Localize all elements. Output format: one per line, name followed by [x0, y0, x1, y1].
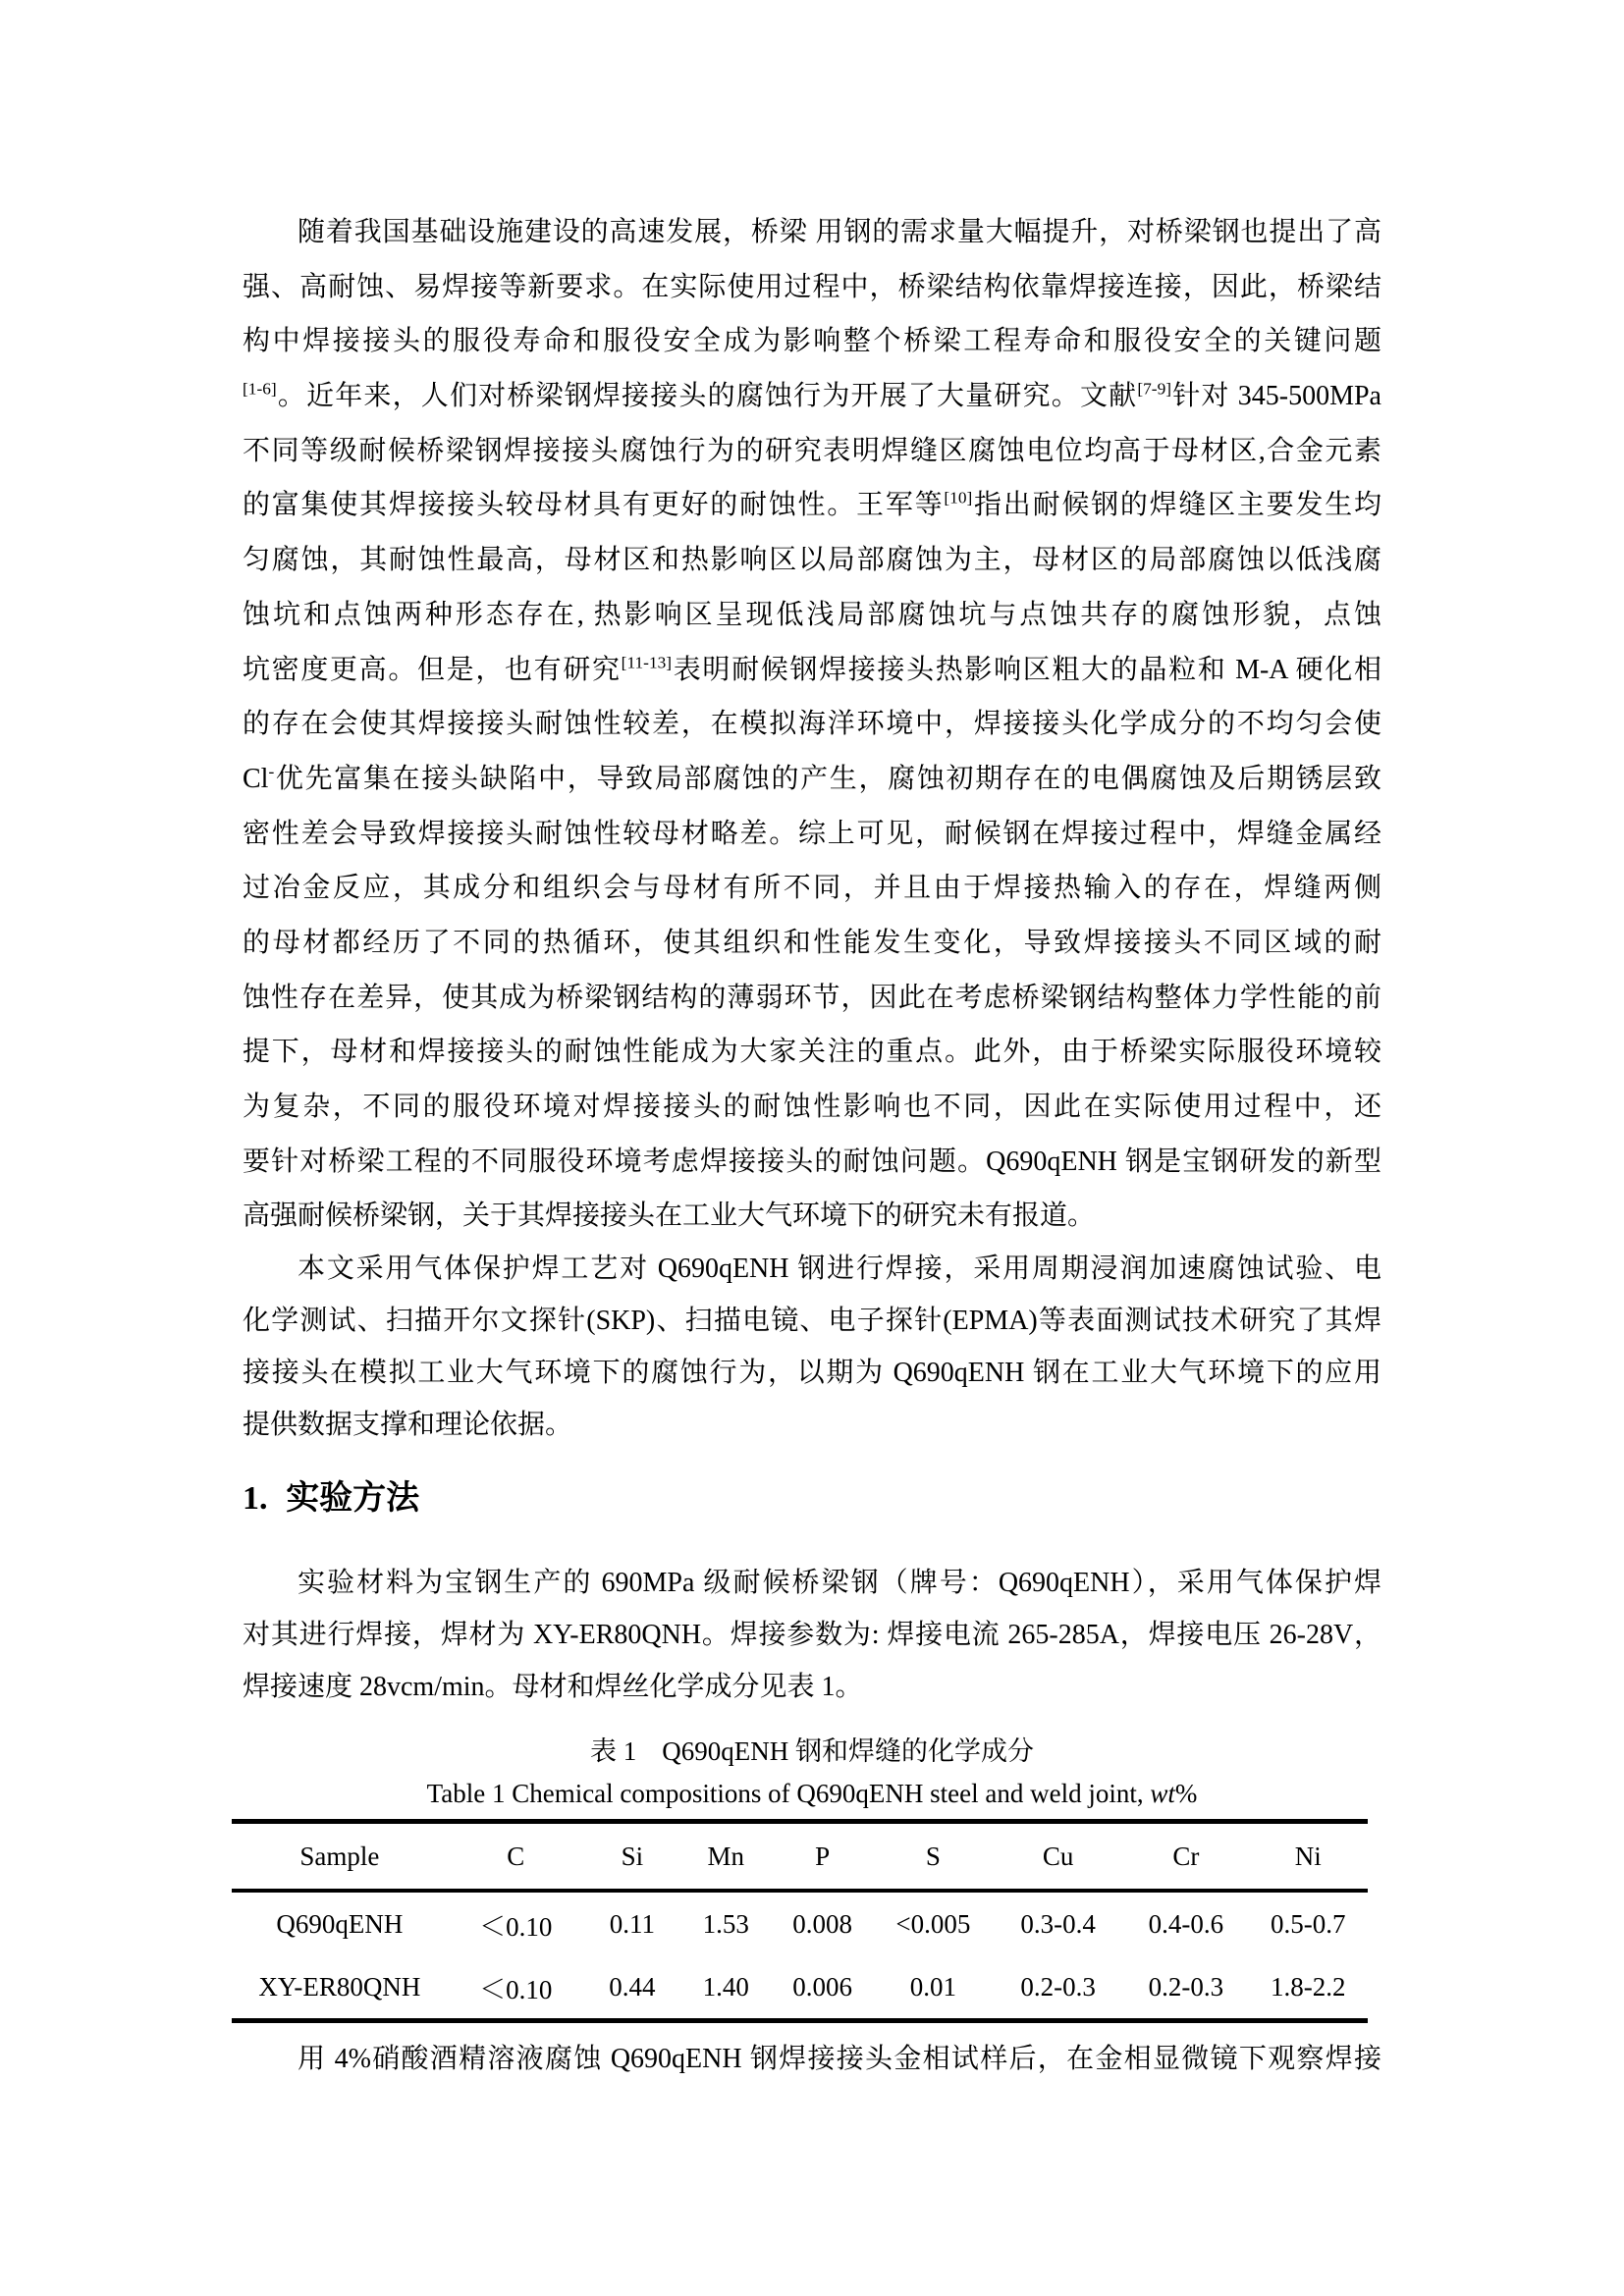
text-line: 提供数据支撑和理论依据。 [243, 1399, 1381, 1451]
text-segment: 化学测试、扫描开尔文探针(SKP)、扫描电镜、电子探针(EPMA)等表面测试技术… [243, 1306, 1381, 1336]
text-line: 化学测试、扫描开尔文探针(SKP)、扫描电镜、电子探针(EPMA)等表面测试技术… [243, 1295, 1381, 1347]
text-line: 本文采用气体保护焊工艺对 Q690qENH 钢进行焊接，采用周期浸润加速腐蚀试验… [243, 1243, 1381, 1295]
text-segment: 蚀坑和点蚀两种形态存在, 热影响区呈现低浅局部腐蚀坑与点蚀共存的腐蚀形貌，点蚀 [243, 600, 1381, 630]
text-segment: 为复杂，不同的服役环境对焊接接头的耐蚀性影响也不同，因此在实际使用过程中，还 [243, 1092, 1381, 1122]
text-segment: 用 4%硝酸酒精溶液腐蚀 Q690qENH 钢焊接接头金相试样后，在金相显微镜下… [298, 2044, 1381, 2074]
table-caption-en-text: Table 1 Chemical compositions of Q690qEN… [427, 1779, 1151, 1808]
table-cell: XY-ER80QNH [232, 1955, 448, 2021]
intro-paragraph: 随着我国基础设施建设的高速发展，桥梁 用钢的需求量大幅提升，对桥梁钢也提出了高强… [243, 205, 1381, 1244]
chemical-composition-table-wrap: Sample C Si Mn P S Cu Cr Ni Q690qENH ＜0.… [232, 1819, 1368, 2023]
text-line: 高强耐候桥梁钢，关于其焊接接头在工业大气环境下的研究未有报道。 [243, 1189, 1381, 1244]
table-caption-en: Table 1 Chemical compositions of Q690qEN… [243, 1776, 1381, 1811]
table-header-cell: Sample [232, 1822, 448, 1892]
text-line: 要针对桥梁工程的不同服役环境考虑焊接接头的耐蚀问题。Q690qENH 钢是宝钢研… [243, 1135, 1381, 1190]
superscript-reference: [11-13] [622, 653, 672, 671]
table-row: Q690qENH ＜0.10 0.11 1.53 0.008 <0.005 0.… [232, 1891, 1368, 1955]
table-header-row: Sample C Si Mn P S Cu Cr Ni [232, 1822, 1368, 1892]
table-caption-en-suffix: % [1175, 1779, 1198, 1808]
text-segment: 提下，母材和焊接接头的耐蚀性能成为大家关注的重点。此外，由于桥梁实际服役环境较 [243, 1037, 1381, 1067]
text-segment: 表明耐候钢焊接接头热影响区粗大的晶粒和 M-A 硬化相 [672, 655, 1381, 685]
text-line: [1-6]。近年来，人们对桥梁钢焊接接头的腐蚀行为开展了大量研究。文献[7-9]… [243, 369, 1381, 424]
text-line: 的母材都经历了不同的热循环，使其组织和性能发生变化，导致焊接接头不同区域的耐 [243, 916, 1381, 971]
table-cell: 0.01 [874, 1955, 993, 2021]
text-line: 为复杂，不同的服役环境对焊接接头的耐蚀性影响也不同，因此在实际使用过程中，还 [243, 1080, 1381, 1135]
table-caption-zh: 表 1Q690qENH 钢和焊缝的化学成分 [243, 1734, 1381, 1769]
text-line: 对其进行焊接，焊材为 XY-ER80QNH。焊接参数为: 焊接电流 265-28… [243, 1609, 1381, 1661]
text-line: 不同等级耐候桥梁钢焊接接头腐蚀行为的研究表明焊缝区腐蚀电位均高于母材区,合金元素 [243, 424, 1381, 479]
text-line: 用 4%硝酸酒精溶液腐蚀 Q690qENH 钢焊接接头金相试样后，在金相显微镜下… [243, 2033, 1381, 2085]
text-segment: 针对 345-500MPa [1171, 381, 1381, 411]
table-cell: 0.4-0.6 [1123, 1891, 1248, 1955]
section-heading: 1.实验方法 [243, 1475, 1381, 1522]
text-segment: 构中焊接接头的服役寿命和服役安全成为影响整个桥梁工程寿命和服役安全的关键问题 [243, 326, 1381, 356]
table-cell: 0.006 [772, 1955, 874, 2021]
text-segment: 坑密度更高。但是，也有研究 [243, 655, 622, 685]
text-segment: 的母材都经历了不同的热循环，使其组织和性能发生变化，导致焊接接头不同区域的耐 [243, 928, 1381, 958]
table-cell: 0.11 [584, 1891, 680, 1955]
experiment-material-paragraph: 实验材料为宝钢生产的 690MPa 级耐候桥梁钢（牌号：Q690qENH），采用… [243, 1557, 1381, 1713]
table-header-cell: Mn [680, 1822, 772, 1892]
text-segment: 不同等级耐候桥梁钢焊接接头腐蚀行为的研究表明焊缝区腐蚀电位均高于母材区,合金元素 [243, 436, 1381, 466]
text-line: 构中焊接接头的服役寿命和服役安全成为影响整个桥梁工程寿命和服役安全的关键问题 [243, 314, 1381, 369]
text-segment: 实验材料为宝钢生产的 690MPa 级耐候桥梁钢（牌号：Q690qENH），采用… [298, 1568, 1381, 1598]
table-cell: Q690qENH [232, 1891, 448, 1955]
text-segment: 接接头在模拟工业大气环境下的腐蚀行为，以期为 Q690qENH 钢在工业大气环境… [243, 1358, 1381, 1388]
text-line: 提下，母材和焊接接头的耐蚀性能成为大家关注的重点。此外，由于桥梁实际服役环境较 [243, 1025, 1381, 1080]
table-header-cell: P [772, 1822, 874, 1892]
text-segment: 焊接速度 28vcm/min。母材和焊丝化学成分见表 1。 [243, 1672, 863, 1702]
text-segment: 密性差会导致焊接接头耐蚀性较母材略差。综上可见，耐候钢在焊接过程中，焊缝金属经 [243, 819, 1381, 849]
text-segment: 本文采用气体保护焊工艺对 Q690qENH 钢进行焊接，采用周期浸润加速腐蚀试验… [298, 1254, 1381, 1284]
text-line: 强、高耐蚀、易焊接等新要求。在实际使用过程中，桥梁结构依靠焊接连接，因此，桥梁结 [243, 260, 1381, 315]
section-title: 实验方法 [286, 1480, 419, 1517]
text-segment: 的存在会使其焊接接头耐蚀性较差，在模拟海洋环境中，焊接接头化学成分的不均匀会使 [243, 709, 1381, 739]
text-segment: 的富集使其焊接接头较母材具有更好的耐蚀性。王军等 [243, 490, 944, 520]
text-line: 匀腐蚀，其耐蚀性最高，母材区和热影响区以局部腐蚀为主，母材区的局部腐蚀以低浅腐 [243, 533, 1381, 588]
paper-page: 随着我国基础设施建设的高速发展，桥梁 用钢的需求量大幅提升，对桥梁钢也提出了高强… [0, 0, 1624, 2296]
table-header-cell: Ni [1248, 1822, 1368, 1892]
text-line: 密性差会导致焊接接头耐蚀性较母材略差。综上可见，耐候钢在焊接过程中，焊缝金属经 [243, 807, 1381, 862]
section-number: 1. [243, 1480, 268, 1517]
text-segment: Cl [243, 764, 268, 794]
text-line: 坑密度更高。但是，也有研究[11-13]表明耐候钢焊接接头热影响区粗大的晶粒和 … [243, 643, 1381, 698]
text-segment: 高强耐候桥梁钢，关于其焊接接头在工业大气环境下的研究未有报道。 [243, 1201, 1095, 1231]
superscript-reference: [7-9] [1137, 380, 1171, 399]
chemical-composition-table: Sample C Si Mn P S Cu Cr Ni Q690qENH ＜0.… [232, 1819, 1368, 2023]
text-line: Cl-优先富集在接头缺陷中，导致局部腐蚀的产生，腐蚀初期存在的电偶腐蚀及后期锈层… [243, 752, 1381, 807]
table-cell: 0.3-0.4 [993, 1891, 1123, 1955]
table-cell: 1.40 [680, 1955, 772, 2021]
text-line: 蚀性存在差异，使其成为桥梁钢结构的薄弱环节，因此在考虑桥梁钢结构整体力学性能的前 [243, 971, 1381, 1026]
text-segment: 。近年来，人们对桥梁钢焊接接头的腐蚀行为开展了大量研究。文献 [277, 381, 1138, 411]
text-line: 随着我国基础设施建设的高速发展，桥梁 用钢的需求量大幅提升，对桥梁钢也提出了高 [243, 205, 1381, 260]
table-caption-en-italic: wt [1150, 1779, 1175, 1808]
table-cell: 1.8-2.2 [1248, 1955, 1368, 2021]
table-cell: 0.2-0.3 [993, 1955, 1123, 2021]
text-segment: 提供数据支撑和理论依据。 [243, 1410, 572, 1440]
text-segment: 要针对桥梁工程的不同服役环境考虑焊接接头的耐蚀问题。Q690qENH 钢是宝钢研… [243, 1147, 1381, 1177]
table-header-cell: Si [584, 1822, 680, 1892]
table-cell: <0.005 [874, 1891, 993, 1955]
table-cell: 0.5-0.7 [1248, 1891, 1368, 1955]
table-caption-zh-title: Q690qENH 钢和焊缝的化学成分 [662, 1736, 1034, 1766]
text-line: 过冶金反应，其成分和组织会与母材有所不同，并且由于焊接热输入的存在，焊缝两侧 [243, 861, 1381, 916]
text-line: 接接头在模拟工业大气环境下的腐蚀行为，以期为 Q690qENH 钢在工业大气环境… [243, 1347, 1381, 1399]
table-caption-zh-label: 表 1 [590, 1736, 636, 1766]
text-line: 的富集使其焊接接头较母材具有更好的耐蚀性。王军等[10]指出耐候钢的焊缝区主要发… [243, 478, 1381, 533]
superscript-reference: [10] [944, 489, 972, 507]
table-header-cell: Cr [1123, 1822, 1248, 1892]
table-cell: ＜0.10 [448, 1955, 584, 2021]
text-segment: 优先富集在接头缺陷中，导致局部腐蚀的产生，腐蚀初期存在的电偶腐蚀及后期锈层致 [274, 764, 1381, 794]
closing-paragraph: 用 4%硝酸酒精溶液腐蚀 Q690qENH 钢焊接接头金相试样后，在金相显微镜下… [243, 2033, 1381, 2085]
table-cell: 0.2-0.3 [1123, 1955, 1248, 2021]
table-header-cell: C [448, 1822, 584, 1892]
text-segment: 随着我国基础设施建设的高速发展，桥梁 用钢的需求量大幅提升，对桥梁钢也提出了高 [298, 217, 1381, 247]
text-line: 蚀坑和点蚀两种形态存在, 热影响区呈现低浅局部腐蚀坑与点蚀共存的腐蚀形貌，点蚀 [243, 588, 1381, 643]
text-line: 焊接速度 28vcm/min。母材和焊丝化学成分见表 1。 [243, 1661, 1381, 1713]
text-segment: 强、高耐蚀、易焊接等新要求。在实际使用过程中，桥梁结构依靠焊接连接，因此，桥梁结 [243, 272, 1381, 302]
text-segment: 匀腐蚀，其耐蚀性最高，母材区和热影响区以局部腐蚀为主，母材区的局部腐蚀以低浅腐 [243, 545, 1381, 575]
table-header-cell: Cu [993, 1822, 1123, 1892]
text-segment: 蚀性存在差异，使其成为桥梁钢结构的薄弱环节，因此在考虑桥梁钢结构整体力学性能的前 [243, 983, 1381, 1013]
table-cell: 1.53 [680, 1891, 772, 1955]
table-cell: 0.008 [772, 1891, 874, 1955]
text-line: 实验材料为宝钢生产的 690MPa 级耐候桥梁钢（牌号：Q690qENH），采用… [243, 1557, 1381, 1609]
method-summary-paragraph: 本文采用气体保护焊工艺对 Q690qENH 钢进行焊接，采用周期浸润加速腐蚀试验… [243, 1243, 1381, 1451]
table-header-cell: S [874, 1822, 993, 1892]
superscript-reference: [1-6] [243, 380, 277, 399]
text-line: 的存在会使其焊接接头耐蚀性较差，在模拟海洋环境中，焊接接头化学成分的不均匀会使 [243, 697, 1381, 752]
table-cell: 0.44 [584, 1955, 680, 2021]
text-segment: 对其进行焊接，焊材为 XY-ER80QNH。焊接参数为: 焊接电流 265-28… [243, 1620, 1381, 1650]
table-row: XY-ER80QNH ＜0.10 0.44 1.40 0.006 0.01 0.… [232, 1955, 1368, 2021]
table-cell: ＜0.10 [448, 1891, 584, 1955]
text-segment: 过冶金反应，其成分和组织会与母材有所不同，并且由于焊接热输入的存在，焊缝两侧 [243, 873, 1381, 903]
text-segment: 指出耐候钢的焊缝区主要发生均 [972, 490, 1381, 520]
